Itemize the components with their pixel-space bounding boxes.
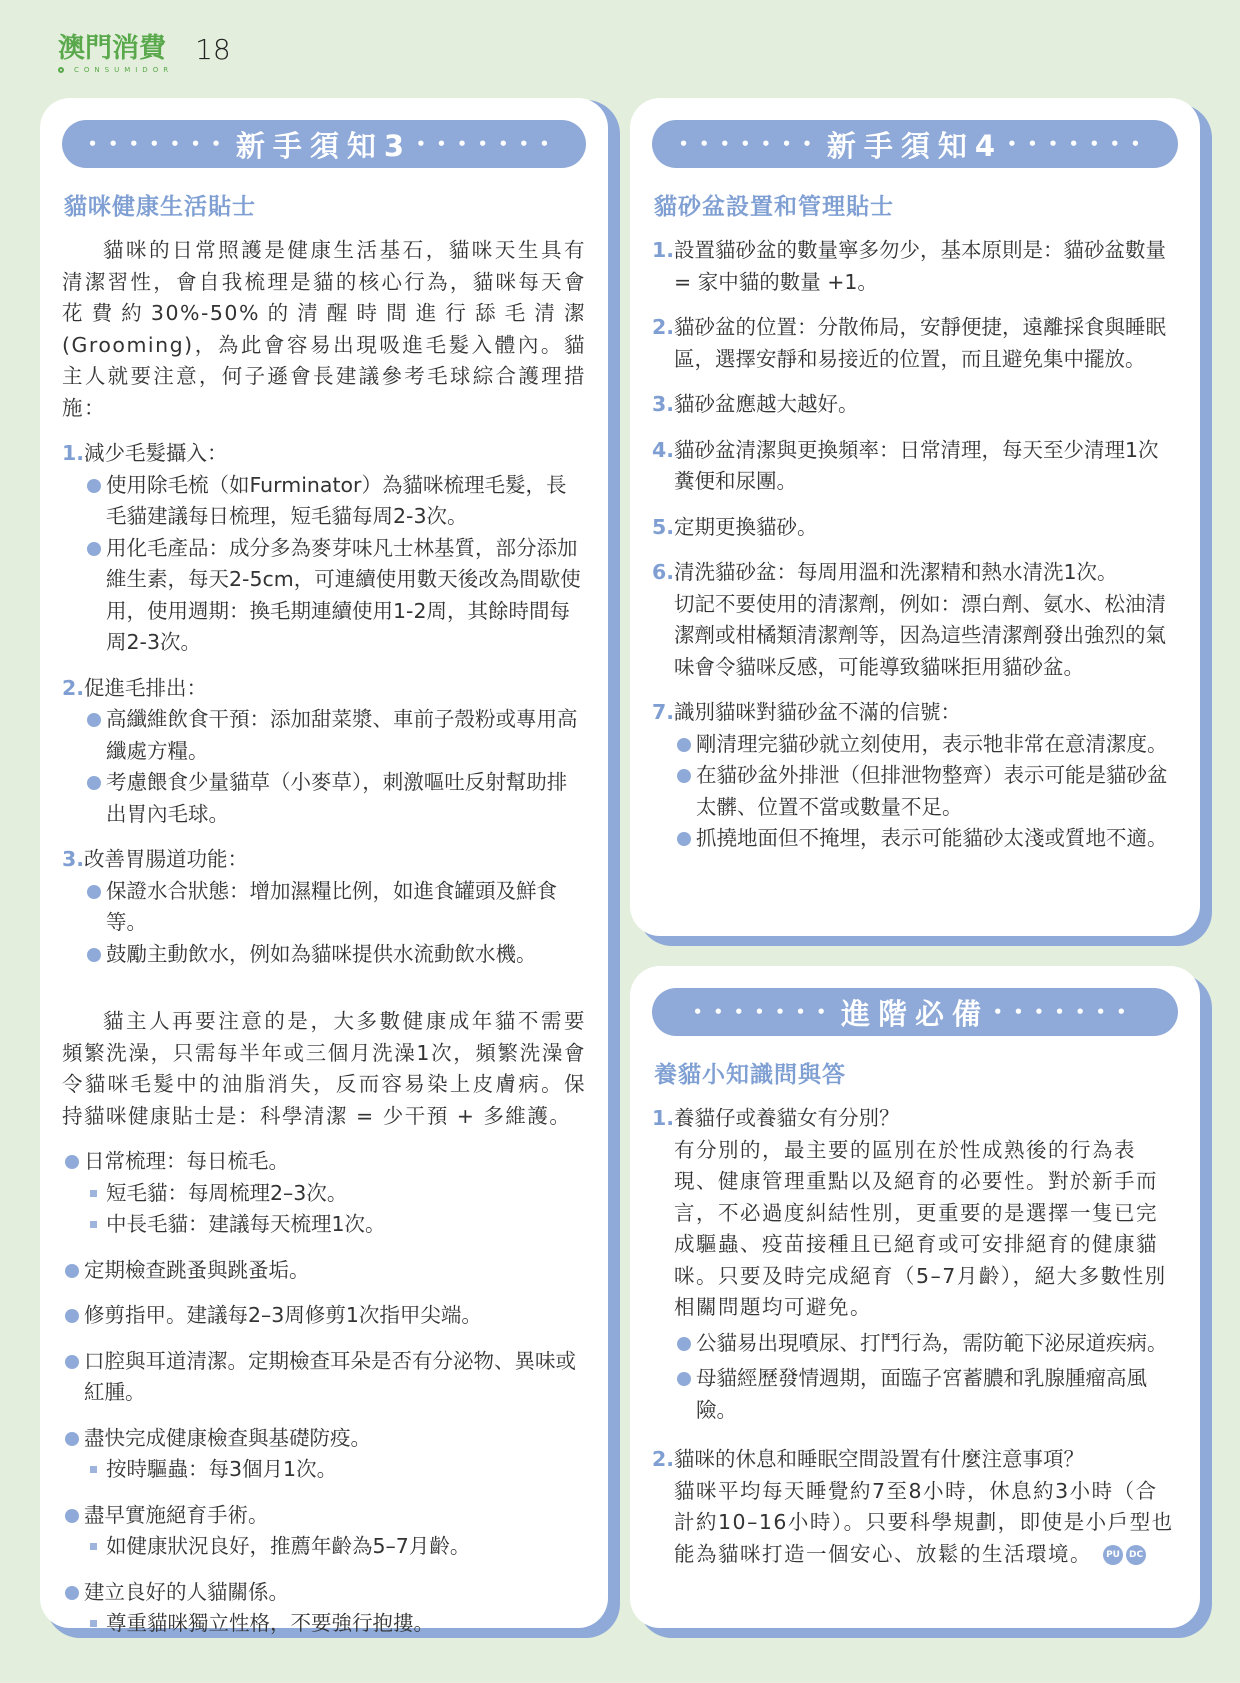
sub-bullet: 鼓勵主動飲水，例如為貓咪提供水流動飲水機。 xyxy=(84,939,586,971)
logo-subtitle: CONSUMIDOR xyxy=(58,66,173,74)
list-item: 1. 減少毛髮攝入： 使用除毛梳（如Furminator）為貓咪梳理毛髮，長毛貓… xyxy=(62,438,586,659)
bullet-icon xyxy=(84,767,106,830)
item-number: 1. xyxy=(62,438,84,659)
tip-sub-text: 如健康狀況良好，推薦年齡為5–7月齡。 xyxy=(106,1531,586,1563)
tip-sub-text: 按時驅蟲：每3個月1次。 xyxy=(106,1454,586,1486)
section-banner-advanced: ••••••• 進階必備 ••••••• xyxy=(652,988,1178,1036)
tip-sub-text: 短毛貓：每周梳理2–3次。 xyxy=(106,1178,586,1210)
item-text: 設置貓砂盆的數量寧多勿少，基本原則是：貓砂盆數量 = 家中貓的數量 +1。 xyxy=(674,235,1178,298)
item-number: 2. xyxy=(652,1444,674,1570)
sub-bullet: 使用除毛梳（如Furminator）為貓咪梳理毛髮，長毛貓建議每日梳理，短毛貓每… xyxy=(84,470,586,533)
tip-text: 盡早實施絕育手術。 xyxy=(84,1500,586,1532)
tip-item: 盡早實施絕育手術。 xyxy=(62,1500,586,1532)
bullet-text: 高纖維飲食干預：添加甜菜漿、車前子殼粉或專用高纖處方糧。 xyxy=(106,704,586,767)
sub-bullet: 考慮餵食少量貓草（小麥草），刺激嘔吐反射幫助排出胃內毛球。 xyxy=(84,767,586,830)
bullet-icon xyxy=(674,729,696,761)
bullet-text: 保證水合狀態：增加濕糧比例，如進食罐頭及鮮食等。 xyxy=(106,876,586,939)
right-bottom-card: ••••••• 進階必備 ••••••• 養貓小知識問與答 1. 養貓仔或養貓女… xyxy=(630,966,1200,1628)
question-text: 養貓仔或養貓女有分別？ xyxy=(674,1103,1178,1135)
bullet-icon xyxy=(84,939,106,971)
logo-sub-text: CONSUMIDOR xyxy=(74,66,173,74)
item-number: 7. xyxy=(652,697,674,855)
question-text: 貓咪的休息和睡眠空間設置有什麼注意事項？ xyxy=(674,1444,1178,1476)
list-item: 2.貓砂盆的位置：分散佈局，安靜便捷，遠離採食與睡眠區，選擇安靜和易接近的位置，… xyxy=(652,312,1178,375)
bathing-paragraph: 貓主人再要注意的是，大多數健康成年貓不需要頻繁洗澡，只需每半年或三個月洗澡1次，… xyxy=(62,1006,586,1132)
item-label: 減少毛髮攝入： xyxy=(84,438,586,470)
bullet-icon xyxy=(84,533,106,659)
item-number: 4. xyxy=(652,435,674,498)
tip-text: 定期檢查跳蚤與跳蚤垢。 xyxy=(84,1255,586,1287)
consumidor-logo: 澳門消費 CONSUMIDOR xyxy=(58,34,173,74)
tip-sub-item: 短毛貓：每周梳理2–3次。 xyxy=(84,1178,586,1210)
tip-sub-item: 按時驅蟲：每3個月1次。 xyxy=(84,1454,586,1486)
tip-item: 建立良好的人貓關係。 xyxy=(62,1577,586,1609)
bullet-icon xyxy=(62,1577,84,1609)
tip-text: 口腔與耳道清潔。定期檢查耳朵是否有分泌物、異味或紅腫。 xyxy=(84,1346,586,1409)
square-bullet-icon xyxy=(84,1531,106,1563)
sub-bullet: 在貓砂盆外排泄（但排泄物整齊）表示可能是貓砂盆太髒、位置不當或數量不足。 xyxy=(674,760,1178,823)
qa-item: 2. 貓咪的休息和睡眠空間設置有什麼注意事項？ 貓咪平均每天睡覺約7至8小時，休… xyxy=(652,1444,1178,1570)
bullet-icon xyxy=(62,1300,84,1332)
tip-text: 修剪指甲。建議每2–3周修剪1次指甲尖端。 xyxy=(84,1300,586,1332)
section-banner-3: ••••••• 新手須知3 ••••••• xyxy=(62,120,586,168)
banner-dots: ••••••• xyxy=(993,1003,1137,1021)
bullet-text: 使用除毛梳（如Furminator）為貓咪梳理毛髮，長毛貓建議每日梳理，短毛貓每… xyxy=(106,470,586,533)
sub-bullet: 母貓經歷發情週期，面臨子宮蓄膿和乳腺腫瘤高風險。 xyxy=(674,1363,1178,1426)
bullet-icon xyxy=(674,1328,696,1360)
bullet-icon xyxy=(62,1423,84,1455)
square-bullet-icon xyxy=(84,1608,106,1640)
logo-text: 澳門消費 xyxy=(58,34,173,64)
item-text: 貓砂盆應越大越好。 xyxy=(674,389,1178,421)
tip-text: 日常梳理：每日梳毛。 xyxy=(84,1146,586,1178)
author-badge-dc: DC xyxy=(1126,1545,1146,1565)
answer-text: 有分別的，最主要的區別在於性成熟後的行為表現、健康管理重點以及絕育的必要性。對於… xyxy=(674,1135,1178,1324)
item-text: 貓砂盆清潔與更換頻率：日常清理，每天至少清理1次糞便和尿團。 xyxy=(674,435,1178,498)
bullet-text: 用化毛產品：成分多為麥芽味凡士林基質，部分添加維生素，每天2-5cm，可連續使用… xyxy=(106,533,586,659)
list-item: 3.貓砂盆應越大越好。 xyxy=(652,389,1178,421)
bullet-icon xyxy=(674,760,696,823)
item-number: 1. xyxy=(652,235,674,298)
bullet-icon xyxy=(84,704,106,767)
bullet-icon xyxy=(674,1363,696,1426)
item-number: 3. xyxy=(652,389,674,421)
list-item: 5.定期更換貓砂。 xyxy=(652,512,1178,544)
square-bullet-icon xyxy=(84,1178,106,1210)
qa-list: 1. 養貓仔或養貓女有分別？ 有分別的，最主要的區別在於性成熟後的行為表現、健康… xyxy=(652,1103,1178,1570)
square-bullet-icon xyxy=(84,1454,106,1486)
banner-title: 新手須知3 xyxy=(236,124,412,165)
logo-dot-icon xyxy=(58,67,64,73)
bullet-text: 公貓易出現噴尿、打鬥行為，需防範下泌尿道疾病。 xyxy=(696,1328,1178,1360)
item-label: 促進毛排出： xyxy=(84,673,586,705)
item-note: 切記不要使用的清潔劑，例如：漂白劑、氨水、松油清潔劑或柑橘類清潔劑等，因為這些清… xyxy=(674,589,1178,684)
banner-dots: ••••••• xyxy=(693,1003,837,1021)
item-text: 貓砂盆的位置：分散佈局，安靜便捷，遠離採食與睡眠區，選擇安靜和易接近的位置，而且… xyxy=(674,312,1178,375)
sub-bullet: 抓撓地面但不掩埋，表示可能貓砂太淺或質地不適。 xyxy=(674,823,1178,855)
left-card: ••••••• 新手須知3 ••••••• 貓咪健康生活貼士 貓咪的日常照護是健… xyxy=(40,98,608,1628)
list-item: 6. 清洗貓砂盆：每周用溫和洗潔精和熱水清洗1次。 切記不要使用的清潔劑，例如：… xyxy=(652,557,1178,683)
bullet-icon xyxy=(674,823,696,855)
sub-bullet: 保證水合狀態：增加濕糧比例，如進食罐頭及鮮食等。 xyxy=(84,876,586,939)
banner-dots: ••••••• xyxy=(416,135,560,153)
answer-text: 貓咪平均每天睡覺約7至8小時，休息約3小時（合計約10–16小時）。只要科學規劃… xyxy=(674,1479,1174,1566)
sub-bullet: 公貓易出現噴尿、打鬥行為，需防範下泌尿道疾病。 xyxy=(674,1328,1178,1360)
tip-item: 口腔與耳道清潔。定期檢查耳朵是否有分泌物、異味或紅腫。 xyxy=(62,1346,586,1409)
item-text: 清洗貓砂盆：每周用溫和洗潔精和熱水清洗1次。 xyxy=(674,557,1178,589)
banner-dots: ••••••• xyxy=(1007,135,1151,153)
sub-bullet: 用化毛產品：成分多為麥芽味凡士林基質，部分添加維生素，每天2-5cm，可連續使用… xyxy=(84,533,586,659)
section-subheading: 貓砂盆設置和管理貼士 xyxy=(654,188,1178,221)
section-subheading: 養貓小知識問與答 xyxy=(654,1056,1178,1089)
section-subheading: 貓咪健康生活貼士 xyxy=(64,188,586,221)
right-top-card: ••••••• 新手須知4 ••••••• 貓砂盆設置和管理貼士 1.設置貓砂盆… xyxy=(630,98,1200,936)
page-number: 18 xyxy=(195,34,231,66)
item-number: 5. xyxy=(652,512,674,544)
bullet-icon xyxy=(62,1346,84,1409)
tip-sub-text: 中長毛貓：建議每天梳理1次。 xyxy=(106,1209,586,1241)
list-item: 4.貓砂盆清潔與更換頻率：日常清理，每天至少清理1次糞便和尿團。 xyxy=(652,435,1178,498)
bullet-text: 鼓勵主動飲水，例如為貓咪提供水流動飲水機。 xyxy=(106,939,586,971)
tip-sub-text: 尊重貓咪獨立性格，不要強行抱摟。 xyxy=(106,1608,586,1640)
bullet-text: 抓撓地面但不掩埋，表示可能貓砂太淺或質地不適。 xyxy=(696,823,1178,855)
banner-dots: ••••••• xyxy=(88,135,232,153)
bullet-icon xyxy=(62,1500,84,1532)
item-number: 2. xyxy=(652,312,674,375)
bullet-text: 母貓經歷發情週期，面臨子宮蓄膿和乳腺腫瘤高風險。 xyxy=(696,1363,1178,1426)
square-bullet-icon xyxy=(84,1209,106,1241)
qa-item: 1. 養貓仔或養貓女有分別？ 有分別的，最主要的區別在於性成熟後的行為表現、健康… xyxy=(652,1103,1178,1426)
list-item: 2. 促進毛排出： 高纖維飲食干預：添加甜菜漿、車前子殼粉或專用高纖處方糧。 考… xyxy=(62,673,586,831)
item-number: 3. xyxy=(62,844,84,970)
tips-list: 日常梳理：每日梳毛。 短毛貓：每周梳理2–3次。 中長毛貓：建議每天梳理1次。 … xyxy=(62,1146,586,1640)
bullet-text: 剛清理完貓砂就立刻使用，表示牠非常在意清潔度。 xyxy=(696,729,1178,761)
bullet-icon xyxy=(62,1146,84,1178)
item-number: 2. xyxy=(62,673,84,831)
list-item: 3. 改善胃腸道功能： 保證水合狀態：增加濕糧比例，如進食罐頭及鮮食等。 鼓勵主… xyxy=(62,844,586,970)
author-badge-pu: PU xyxy=(1103,1545,1123,1565)
sub-bullet: 剛清理完貓砂就立刻使用，表示牠非常在意清潔度。 xyxy=(674,729,1178,761)
bullet-icon xyxy=(84,876,106,939)
banner-title: 新手須知4 xyxy=(827,124,1003,165)
numbered-list: 1.設置貓砂盆的數量寧多勿少，基本原則是：貓砂盆數量 = 家中貓的數量 +1。 … xyxy=(652,235,1178,855)
item-number: 6. xyxy=(652,557,674,683)
numbered-list: 1. 減少毛髮攝入： 使用除毛梳（如Furminator）為貓咪梳理毛髮，長毛貓… xyxy=(62,438,586,970)
tip-item: 日常梳理：每日梳毛。 xyxy=(62,1146,586,1178)
tip-item: 定期檢查跳蚤與跳蚤垢。 xyxy=(62,1255,586,1287)
list-item: 7. 識別貓咪對貓砂盆不滿的信號： 剛清理完貓砂就立刻使用，表示牠非常在意清潔度… xyxy=(652,697,1178,855)
masthead: 澳門消費 CONSUMIDOR 18 xyxy=(58,34,231,74)
banner-dots: ••••••• xyxy=(679,135,823,153)
item-text: 定期更換貓砂。 xyxy=(674,512,1178,544)
list-item: 1.設置貓砂盆的數量寧多勿少，基本原則是：貓砂盆數量 = 家中貓的數量 +1。 xyxy=(652,235,1178,298)
intro-paragraph: 貓咪的日常照護是健康生活基石，貓咪天生具有清潔習性，會自我梳理是貓的核心行為，貓… xyxy=(62,235,586,424)
sub-bullet: 高纖維飲食干預：添加甜菜漿、車前子殼粉或專用高纖處方糧。 xyxy=(84,704,586,767)
bullet-text: 考慮餵食少量貓草（小麥草），刺激嘔吐反射幫助排出胃內毛球。 xyxy=(106,767,586,830)
bullet-text: 在貓砂盆外排泄（但排泄物整齊）表示可能是貓砂盆太髒、位置不當或數量不足。 xyxy=(696,760,1178,823)
tip-item: 修剪指甲。建議每2–3周修剪1次指甲尖端。 xyxy=(62,1300,586,1332)
tip-text: 建立良好的人貓關係。 xyxy=(84,1577,586,1609)
item-label: 改善胃腸道功能： xyxy=(84,844,586,876)
tip-text: 盡快完成健康檢查與基礎防疫。 xyxy=(84,1423,586,1455)
item-number: 1. xyxy=(652,1103,674,1426)
banner-title: 進階必備 xyxy=(841,992,989,1033)
tip-sub-item: 尊重貓咪獨立性格，不要強行抱摟。 xyxy=(84,1608,586,1640)
tip-item: 盡快完成健康檢查與基礎防疫。 xyxy=(62,1423,586,1455)
bullet-icon xyxy=(62,1255,84,1287)
tip-sub-item: 如健康狀況良好，推薦年齡為5–7月齡。 xyxy=(84,1531,586,1563)
bullet-icon xyxy=(84,470,106,533)
tip-sub-item: 中長毛貓：建議每天梳理1次。 xyxy=(84,1209,586,1241)
section-banner-4: ••••••• 新手須知4 ••••••• xyxy=(652,120,1178,168)
item-text: 識別貓咪對貓砂盆不滿的信號： xyxy=(674,697,1178,729)
